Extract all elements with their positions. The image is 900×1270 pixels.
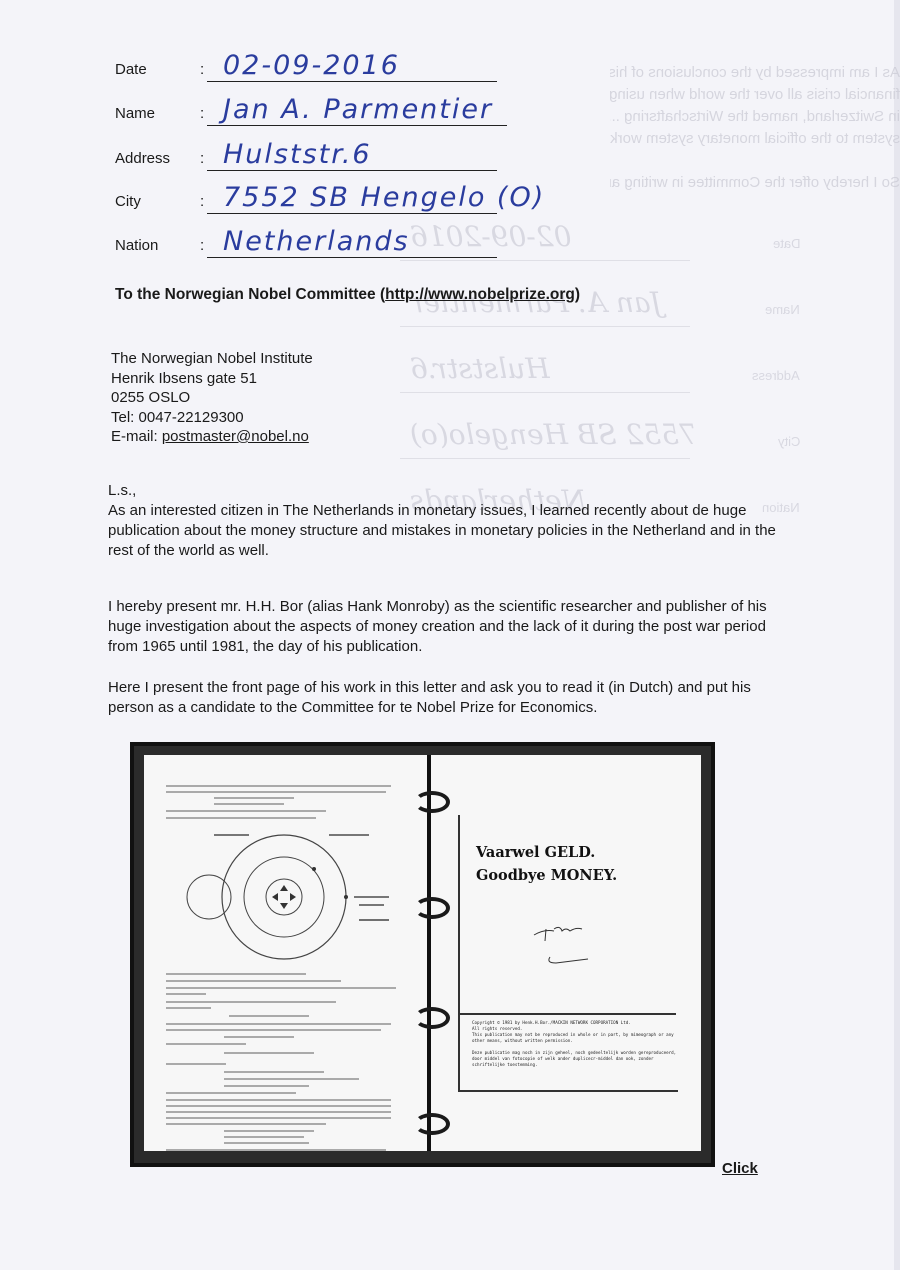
separator: :	[200, 237, 204, 254]
date-value: 02-09-2016	[223, 50, 400, 81]
letter-heading: To the Norwegian Nobel Committee (http:/…	[115, 286, 580, 304]
underline	[207, 213, 497, 214]
email-label: E-mail:	[111, 428, 162, 445]
ghost-line	[610, 150, 900, 172]
recipient-address: The Norwegian Nobel Institute Henrik Ibs…	[111, 349, 313, 447]
separator: :	[200, 105, 204, 122]
ghost-label: Name	[765, 302, 800, 317]
postal-city: 0255 OSLO	[111, 388, 313, 408]
booklet-title: Vaarwel GELD. Goodbye MONEY.	[476, 841, 617, 887]
ghost-label: City	[778, 434, 800, 449]
paragraph-nomination: I hereby present mr. H.H. Bor (alias Han…	[108, 597, 788, 657]
date-field: Date : 02-09-2016	[115, 52, 515, 82]
street: Henrik Ibsens gate 51	[111, 369, 313, 389]
copyright-notice: Copyright © 1981 by Henk.H.Bor./MACKIN N…	[472, 1020, 677, 1068]
separator: :	[200, 150, 204, 167]
booklet-front-page-image: Vaarwel GELD. Goodbye MONEY. Copyright ©…	[130, 742, 715, 1167]
separator: :	[200, 61, 204, 78]
nation-value: Netherlands	[223, 226, 410, 257]
nation-field: Nation : Netherlands	[115, 228, 515, 258]
paragraph-intro: As an interested citizen in The Netherla…	[108, 501, 788, 561]
ghost-row: Hulststr.6Address	[400, 352, 800, 392]
ghost-label: Address	[752, 368, 800, 383]
ghost-row: 7552 SB Hengelo(o)City	[400, 418, 800, 458]
ghost-line: So I hereby offer the Committee in writi…	[610, 172, 900, 194]
ghost-line: system to the official monetary system w…	[610, 128, 900, 150]
city-value: 7552 SB Hengelo (O)	[223, 182, 545, 213]
separator: :	[200, 193, 204, 210]
booklet-cover-page: Vaarwel GELD. Goodbye MONEY. Copyright ©…	[436, 755, 701, 1151]
name-label: Name	[115, 105, 155, 122]
nobelprize-link[interactable]: http://www.nobelprize.org	[385, 286, 575, 303]
underline	[207, 125, 507, 126]
ghost-value: Hulststr.6	[410, 352, 550, 385]
address-field: Address : Hulststr.6	[115, 141, 515, 171]
ghost-label: Date	[773, 236, 800, 251]
title-english: Goodbye MONEY.	[476, 864, 617, 887]
underline	[207, 170, 497, 171]
heading-close: )	[575, 286, 580, 303]
name-value: Jan A. Parmentier	[223, 94, 493, 125]
ghost-line: in Switzerland, named the Wirtschaftsrin…	[610, 106, 900, 128]
heading-text: To the Norwegian Nobel Committee (	[115, 286, 385, 303]
email-line: E-mail: postmaster@nobel.no	[111, 427, 313, 447]
city-label: City	[115, 193, 141, 210]
salutation: L.s.,	[108, 481, 788, 501]
email-link[interactable]: postmaster@nobel.no	[162, 428, 309, 445]
author-signature	[532, 923, 602, 968]
booklet-left-page	[144, 755, 424, 1151]
show-through-text: As I am impressed by the conclusions of …	[610, 62, 900, 194]
title-dutch: Vaarwel GELD.	[476, 841, 617, 864]
paragraph-request: Here I present the front page of his wor…	[108, 678, 788, 718]
booklet-pages: Vaarwel GELD. Goodbye MONEY. Copyright ©…	[144, 755, 701, 1151]
city-field: City : 7552 SB Hengelo (O)	[115, 184, 515, 214]
nation-label: Nation	[115, 237, 158, 254]
monetary-circle-diagram	[184, 825, 394, 965]
telephone: Tel: 0047-22129300	[111, 408, 313, 428]
address-value: Hulststr.6	[223, 139, 372, 170]
ghost-line: financial crisis all over the world when…	[610, 84, 900, 106]
ghost-value: 7552 SB Hengelo(o)	[410, 418, 697, 451]
ghost-line: As I am impressed by the conclusions of …	[610, 62, 900, 84]
underline	[207, 257, 497, 258]
click-link[interactable]: Click	[722, 1160, 758, 1177]
binder-spine	[427, 755, 431, 1151]
underline	[207, 81, 497, 82]
address-label: Address	[115, 150, 170, 167]
institute-name: The Norwegian Nobel Institute	[111, 349, 313, 369]
date-label: Date	[115, 61, 147, 78]
name-field: Name : Jan A. Parmentier	[115, 96, 515, 126]
